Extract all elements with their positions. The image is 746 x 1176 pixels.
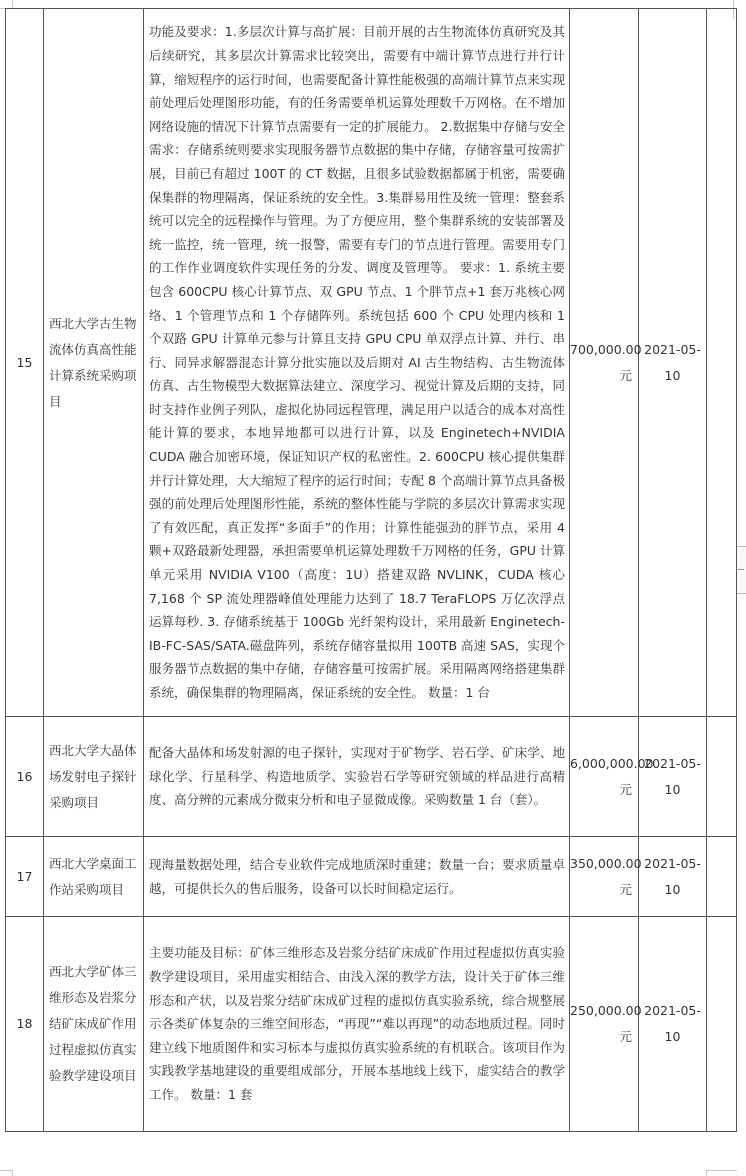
procurement-date: 2021-05-10 <box>639 9 707 717</box>
empty-cell <box>707 9 737 717</box>
project-description: 主要功能及目标：矿体三维形态及岩浆分结矿床成矿作用过程虚拟仿真实验教学建设项目，… <box>144 917 570 1132</box>
procurement-date: 2021-05-10 <box>639 717 707 837</box>
page-corner-mark-bottom-right <box>706 1170 737 1176</box>
empty-cell <box>707 917 737 1132</box>
project-description: 现海量数据处理，结合专业软件完成地质深时重建；数量一台；要求质量卓越，可提供长久… <box>144 837 570 917</box>
table-row: 18 西北大学矿体三维形态及岩浆分结矿床成矿作用过程虚拟仿真实验教学建设项目 主… <box>6 917 737 1132</box>
project-name: 西北大学桌面工作站采购项目 <box>44 837 144 917</box>
row-number: 15 <box>6 9 44 717</box>
empty-cell <box>707 717 737 837</box>
procurement-date: 2021-05-10 <box>639 837 707 917</box>
budget-amount: 700,000.00 元 <box>570 9 639 717</box>
row-number: 18 <box>6 917 44 1132</box>
table-row: 15 西北大学古生物流体仿真高性能计算系统采购项目 功能及要求：1.多层次计算与… <box>6 9 737 717</box>
page-corner-mark-bottom-left <box>0 1170 13 1176</box>
budget-amount: 6,000,000.00 元 <box>570 717 639 837</box>
project-description: 配备大晶体和场发射源的电子探针，实现对于矿物学、岩石学、矿床学、地球化学、行星科… <box>144 717 570 837</box>
table-resize-handle[interactable] <box>736 546 746 594</box>
row-number: 16 <box>6 717 44 837</box>
project-description: 功能及要求：1.多层次计算与高扩展：目前开展的古生物流体仿真研究及其后续研究，其… <box>144 9 570 717</box>
budget-amount: 250,000.00 元 <box>570 917 639 1132</box>
procurement-table: 15 西北大学古生物流体仿真高性能计算系统采购项目 功能及要求：1.多层次计算与… <box>5 8 737 1132</box>
budget-amount: 350,000.00 元 <box>570 837 639 917</box>
procurement-date: 2021-05-10 <box>639 917 707 1132</box>
empty-cell <box>707 837 737 917</box>
table-row: 16 西北大学大晶体场发射电子探针采购项目 配备大晶体和场发射源的电子探针，实现… <box>6 717 737 837</box>
row-number: 17 <box>6 837 44 917</box>
project-name: 西北大学矿体三维形态及岩浆分结矿床成矿作用过程虚拟仿真实验教学建设项目 <box>44 917 144 1132</box>
project-name: 西北大学古生物流体仿真高性能计算系统采购项目 <box>44 9 144 717</box>
project-name: 西北大学大晶体场发射电子探针采购项目 <box>44 717 144 837</box>
table-row: 17 西北大学桌面工作站采购项目 现海量数据处理，结合专业软件完成地质深时重建；… <box>6 837 737 917</box>
